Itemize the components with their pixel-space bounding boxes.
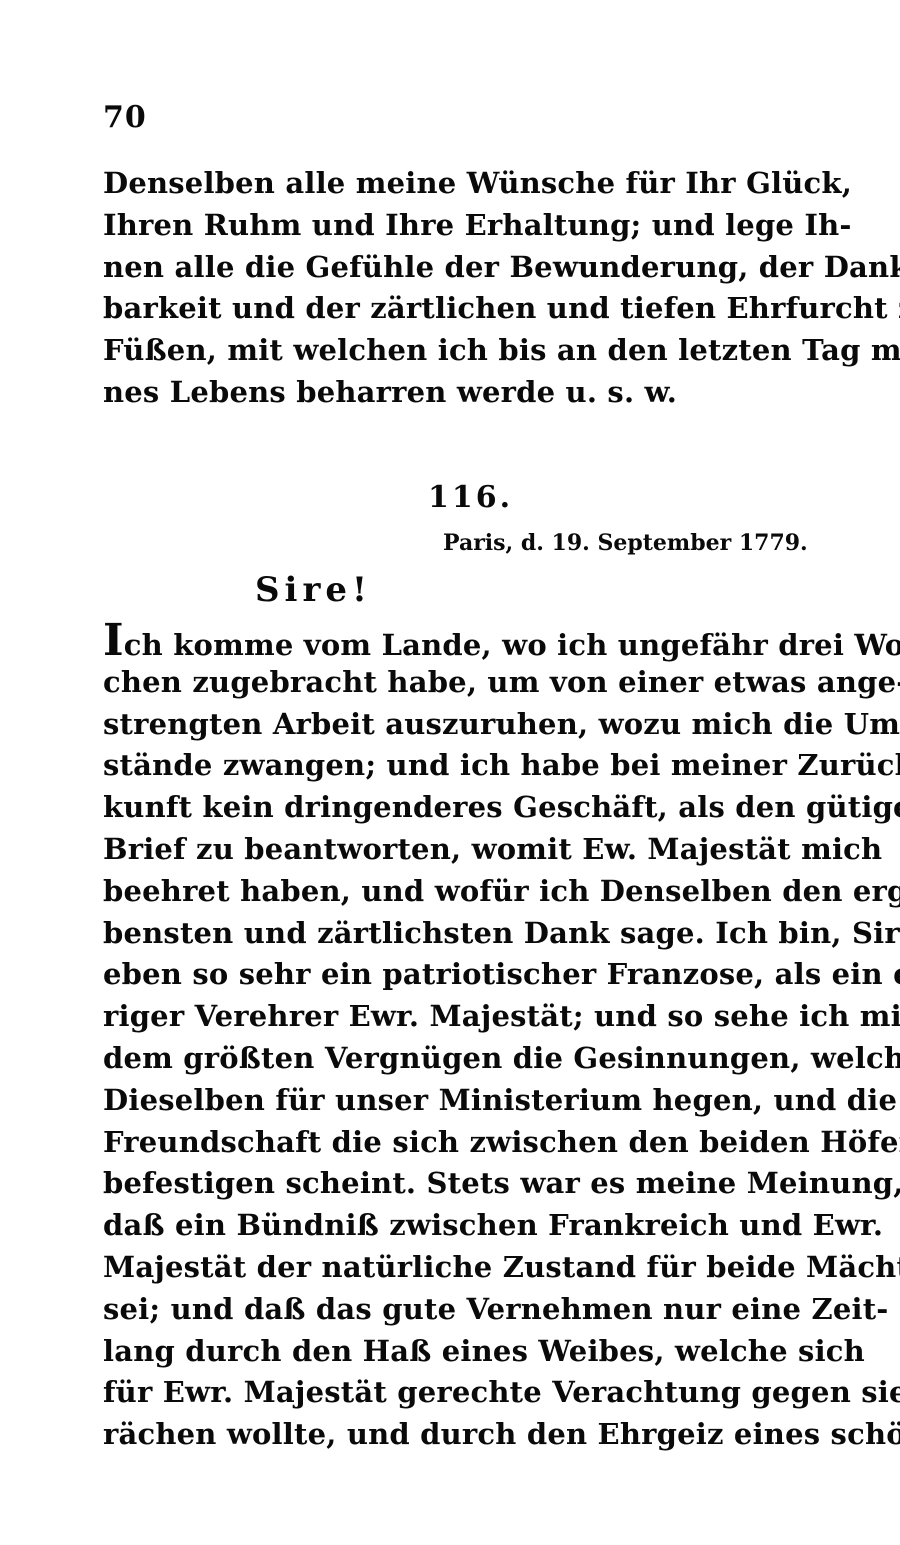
letter-body: Ich komme vom Lande, wo ich ungefähr dre… (103, 620, 848, 1456)
text-line: dem größten Vergnügen die Gesinnungen, w… (103, 1038, 848, 1080)
text-line: Brief zu beantworten, womit Ew. Majestät… (103, 829, 848, 871)
page-number: 70 (103, 100, 147, 135)
text-line: Füßen, mit welchen ich bis an den letzte… (103, 330, 848, 372)
text-line: Denselben alle meine Wünsche für Ihr Glü… (103, 163, 848, 205)
text-line: beehret haben, und wofür ich Denselben d… (103, 871, 848, 913)
text-line: nes Lebens beharren werde u. s. w. (103, 372, 848, 414)
letter-dateline: Paris, d. 19. September 1779. (443, 530, 808, 556)
previous-letter-closing: Denselben alle meine Wünsche für Ihr Glü… (103, 163, 848, 414)
text-line: daß ein Bündniß zwischen Frankreich und … (103, 1205, 848, 1247)
text-line: bensten und zärtlichsten Dank sage. Ich … (103, 913, 848, 955)
text-line: Ihren Ruhm und Ihre Erhaltung; und lege … (103, 205, 848, 247)
text-line: riger Verehrer Ewr. Majestät; und so seh… (103, 996, 848, 1038)
text-line: Dieselben für unser Ministerium hegen, u… (103, 1080, 848, 1122)
text-line: befestigen scheint. Stets war es meine M… (103, 1163, 848, 1205)
text-line-first: Ich komme vom Lande, wo ich ungefähr dre… (103, 620, 848, 662)
text-line: Majestät der natürliche Zustand für beid… (103, 1247, 848, 1289)
text-line: Freundschaft die sich zwischen den beide… (103, 1122, 848, 1164)
letter-number: 116. (428, 480, 513, 515)
text-line: chen zugebracht habe, um von einer etwas… (103, 662, 848, 704)
text-line: nen alle die Gefühle der Bewunderung, de… (103, 247, 848, 289)
letter-salutation: Sire! (255, 570, 372, 610)
text-line: für Ewr. Majestät gerechte Verachtung ge… (103, 1372, 848, 1414)
text-line: rächen wollte, und durch den Ehrgeiz ein… (103, 1414, 848, 1456)
book-page: 70 Denselben alle meine Wünsche für Ihr … (0, 0, 900, 1545)
text-line: strengten Arbeit auszuruhen, wozu mich d… (103, 704, 848, 746)
text-line: sei; und daß das gute Vernehmen nur eine… (103, 1289, 848, 1331)
text-line: eben so sehr ein patriotischer Franzose,… (103, 954, 848, 996)
text-line: barkeit und der zärtlichen und tiefen Eh… (103, 288, 848, 330)
text-line: lang durch den Haß eines Weibes, welche … (103, 1331, 848, 1373)
drop-capital: I (103, 615, 124, 666)
first-line-text: ch komme vom Lande, wo ich ungefähr drei… (124, 628, 900, 662)
text-line: stände zwangen; und ich habe bei meiner … (103, 745, 848, 787)
text-line: kunft kein dringenderes Geschäft, als de… (103, 787, 848, 829)
